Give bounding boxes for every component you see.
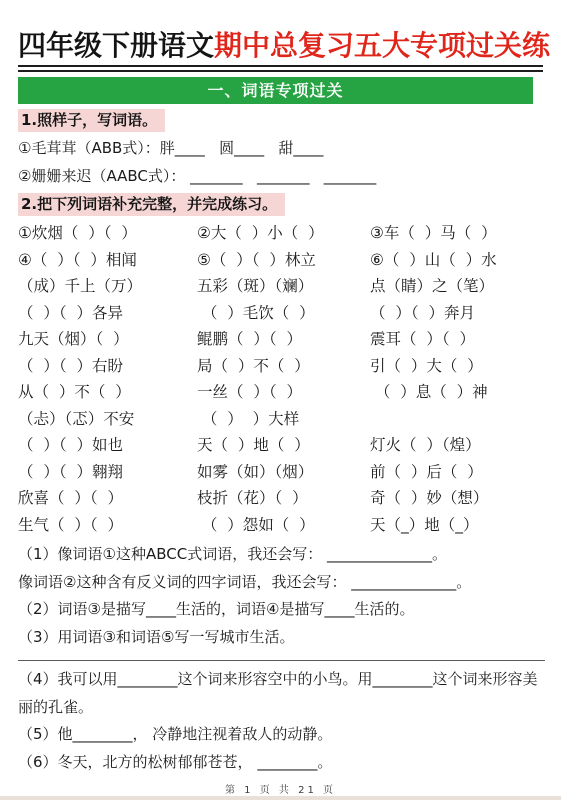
grid-cell: 鲲鹏（ ）（ ） (197, 326, 370, 353)
grid-cell: ③车（ ）马（ ） (370, 220, 543, 247)
grid-cell: （ ） ）大样 (197, 406, 370, 433)
grid-cell: ⑤（ ）（ ）林立 (197, 247, 370, 274)
grid-cell: （ ）毛饮（ ） (197, 300, 370, 327)
question-line: （5）他________， 冷静地注视着敌人的动静。 (18, 721, 543, 749)
grid-cell: 从（ ）不（ ） (18, 379, 197, 406)
grid-cell: （ ）怨如（ ） (197, 512, 370, 539)
grid-cell: 点（睛）之（笔） (370, 273, 543, 300)
grid-cell: （忐）（忑）不安 (18, 406, 197, 433)
grid-cell: 枝折（花）（ ） (197, 485, 370, 512)
sub-question-line: （3）用词语③和词语⑤写一写城市生活。 (18, 624, 543, 652)
question2-heading: 2.把下列词语补充完整，并完成练习。 (18, 193, 285, 216)
word-grid: ①炊烟（ ）（ ）②大（ ）小（ ）③车（ ）马（ ）④（ ）（ ）相闻⑤（ ）… (18, 220, 543, 538)
grid-cell: （ ）（ ）如也 (18, 432, 197, 459)
more-questions: （4）我可以用________这个词来形容空中的小鸟。用________这个词来… (18, 666, 543, 776)
grid-cell: （成）千上（万） (18, 273, 197, 300)
grid-cell: （ ）息（ ）神 (370, 379, 543, 406)
question-line: （4）我可以用________这个词来形容空中的小鸟。用________这个词来… (18, 666, 543, 721)
grid-cell: 局（ ）不（ ） (197, 353, 370, 380)
grid-cell: （ ）（ ）翱翔 (18, 459, 197, 486)
question1-line: ②姗姗来迟（AABC式）： _______ _______ _______ (18, 163, 543, 191)
bottom-edge (0, 796, 561, 800)
sub-questions: （1）像词语①这种ABCC式词语，我还会写： ______________。像词… (18, 541, 543, 651)
title-grade-part: 四年级下册语文 (18, 29, 214, 62)
sub-question-line: 像词语②这种含有反义词的四字词语，我还会写： ______________。 (18, 569, 543, 597)
section-banner: 一、词语专项过关 (18, 77, 533, 104)
grid-cell: 引（ ）大（ ） (370, 353, 543, 380)
grid-cell: 奇（ ）妙（想） (370, 485, 543, 512)
sub-question-line: （2）词语③是描写____生活的，词语④是描写____生活的。 (18, 596, 543, 624)
grid-cell: 欣喜（ ）（ ） (18, 485, 197, 512)
question-line: （6）冬天，北方的松树郁郁苍苍， ________。 (18, 749, 543, 777)
grid-cell: 如雾（如）（烟） (197, 459, 370, 486)
worksheet-page: 四年级下册语文期中总复习五大专项过关练 一、词语专项过关 1.照样子，写词语。 … (0, 0, 561, 800)
grid-cell: 一丝（ ）（ ） (197, 379, 370, 406)
grid-cell: ④（ ）（ ）相闻 (18, 247, 197, 274)
question1-line: ①毛茸茸（ABB式）：胖____ 圆____ 甜____ (18, 135, 543, 163)
title-topic-part: 期中总复习五大专项过关练 (214, 29, 550, 62)
grid-cell: （ ）（ ）奔月 (370, 300, 543, 327)
page-title: 四年级下册语文期中总复习五大专项过关练 (18, 30, 543, 62)
grid-cell: 灯火（ ）（煌） (370, 432, 543, 459)
grid-cell: 九天（烟）（ ） (18, 326, 197, 353)
grid-cell: 天（_）地（_） (370, 512, 543, 539)
grid-cell: ②大（ ）小（ ） (197, 220, 370, 247)
grid-cell: 生气（ ）（ ） (18, 512, 197, 539)
grid-cell: ①炊烟（ ）（ ） (18, 220, 197, 247)
question1-heading: 1.照样子，写词语。 (18, 109, 165, 132)
grid-cell: （ ）（ ）右盼 (18, 353, 197, 380)
sub-question-line: （1）像词语①这种ABCC式词语，我还会写： ______________。 (18, 541, 543, 569)
grid-cell: 前（ ）后（ ） (370, 459, 543, 486)
grid-cell: ⑥（ ）山（ ）水 (370, 247, 543, 274)
question1-lines: ①毛茸茸（ABB式）：胖____ 圆____ 甜____②姗姗来迟（AABC式）… (18, 135, 543, 190)
grid-cell: （ ）（ ）各异 (18, 300, 197, 327)
section-banner-label: 一、词语专项过关 (207, 81, 343, 100)
grid-cell: 天（ ）地（ ） (197, 432, 370, 459)
title-double-underline (18, 65, 543, 72)
grid-cell: 震耳（ ）（ ） (370, 326, 543, 353)
grid-cell (370, 406, 543, 433)
section-divider (18, 660, 545, 661)
grid-cell: 五彩（斑）（斓） (197, 273, 370, 300)
page-number: 第 1 页 共 21 页 (18, 781, 543, 796)
